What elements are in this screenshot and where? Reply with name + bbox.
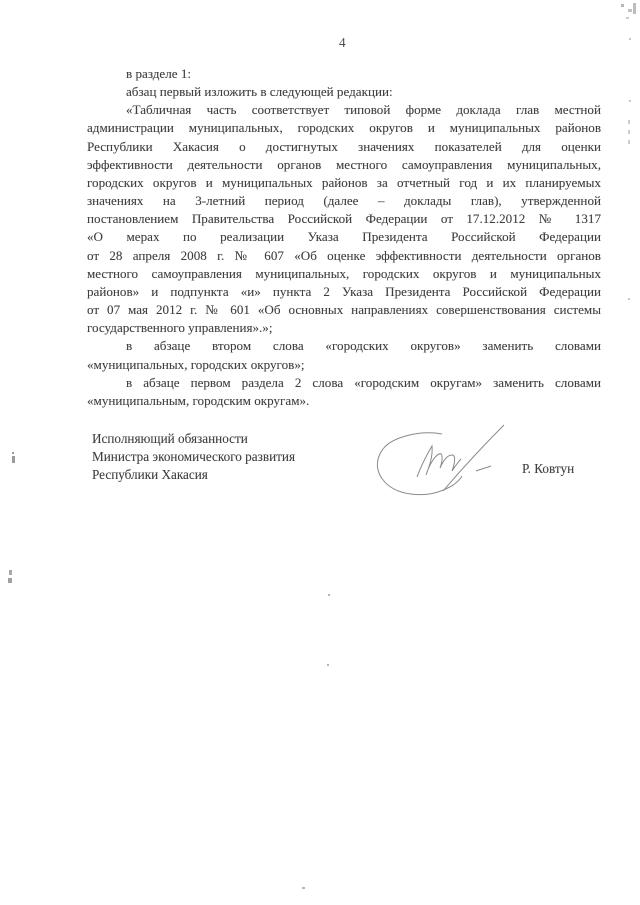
- scan-artifact: [629, 38, 631, 40]
- scan-artifact: [302, 887, 305, 889]
- text-line: «муниципальных, городских округов»;: [87, 356, 601, 374]
- text-line: городских округов и муниципальных районо…: [87, 174, 601, 192]
- text-line: эффективности деятельности органов местн…: [87, 156, 601, 174]
- scan-artifact: [628, 120, 630, 124]
- scan-artifact: [328, 594, 330, 596]
- text-line: от 07 мая 2012 г. № 601 «Об основных нап…: [87, 301, 601, 319]
- document-page: 4 в разделе 1:абзац первый изложить в сл…: [0, 0, 640, 905]
- signer-name: Р. Ковтун: [522, 461, 574, 477]
- signature-dash-stroke: [476, 466, 491, 471]
- text-line: «муниципальным, городским округам».: [87, 392, 601, 410]
- scan-artifact: [12, 456, 15, 463]
- text-line: администрации муниципальных, городских о…: [87, 119, 601, 137]
- handwritten-signature: [360, 413, 510, 513]
- scan-artifact: [633, 3, 636, 14]
- scan-artifact: [628, 298, 630, 300]
- text-line: в разделе 1:: [87, 65, 601, 83]
- text-line: местного самоуправления муниципальных, г…: [87, 265, 601, 283]
- text-line: значениях на 3-летний период (далее – до…: [87, 192, 601, 210]
- scan-artifact: [12, 452, 14, 454]
- scan-artifact: [621, 4, 624, 7]
- signer-title-line: Министра экономического развития: [92, 448, 295, 466]
- text-line: абзац первый изложить в следующей редакц…: [87, 83, 601, 101]
- scan-artifact: [629, 100, 631, 102]
- scan-artifact: [8, 578, 12, 583]
- signature-slash-stroke: [443, 425, 504, 491]
- signer-title: Исполняющий обязанностиМинистра экономич…: [92, 430, 295, 485]
- signature-squiggle-stroke: [417, 446, 461, 477]
- text-line: «Табличная часть соответствует типовой ф…: [87, 101, 601, 119]
- text-line: от 28 апреля 2008 г. № 607 «Об оценке эф…: [87, 247, 601, 265]
- scan-artifact: [626, 17, 629, 19]
- text-line: «О мерах по реализации Указа Президента …: [87, 228, 601, 246]
- text-line: Республики Хакасия о достигнутых значени…: [87, 138, 601, 156]
- scan-artifact: [327, 664, 329, 666]
- scan-artifact: [628, 140, 630, 144]
- scan-artifact: [628, 130, 630, 134]
- signer-title-line: Республики Хакасия: [92, 466, 295, 484]
- signature-loop-stroke: [377, 433, 462, 495]
- scan-artifact: [9, 570, 12, 575]
- scan-artifact: [628, 9, 632, 12]
- text-line: в абзаце первом раздела 2 слова «городск…: [87, 374, 601, 392]
- text-line: государственного управления».»;: [87, 319, 601, 337]
- text-line: в абзаце втором слова «городских округов…: [87, 337, 601, 355]
- page-number: 4: [339, 35, 346, 51]
- signer-title-line: Исполняющий обязанности: [92, 430, 295, 448]
- text-line: постановлением Правительства Российской …: [87, 210, 601, 228]
- text-line: районов» и подпункта «и» пункта 2 Указа …: [87, 283, 601, 301]
- document-body: в разделе 1:абзац первый изложить в след…: [87, 65, 601, 410]
